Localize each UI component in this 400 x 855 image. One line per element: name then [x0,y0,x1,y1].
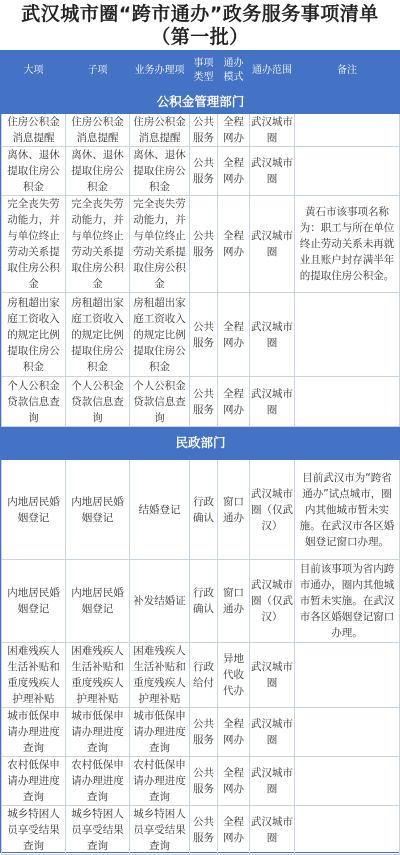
cell-item: 个人公积金贷款信息查询 [130,377,190,427]
cell-major: 农村低保申请办理进度查询 [2,757,66,806]
col-header-major: 大项 [2,52,66,90]
cell-item: 困难残疾人生活补贴和重度残疾人护理补贴 [130,643,190,708]
table-row: 内地居民婚姻登记 内地居民婚姻登记 补发结婚证 行政确认 窗口通办 武汉城市圈（… [2,560,400,643]
col-header-item: 业务办理项 [130,52,190,90]
cell-note [295,114,400,147]
cell-scope: 武汉城市圈 [250,643,295,708]
cell-type: 行政确认 [190,560,218,643]
table-header-row: 大项 子项 业务办理项 事项类型 通办模式 通办范围 备注 [2,52,400,90]
cell-sub: 离休、退休提取住房公积金 [66,147,130,196]
cell-mode: 全程网办 [218,377,250,427]
cell-type: 公共服务 [190,377,218,427]
cell-major: 房租超出家庭工资收入的规定比例提取住房公积金 [2,293,66,377]
cell-mode: 窗口通办 [218,460,250,560]
cell-note [295,708,400,757]
section-title: 民政部门 [2,427,400,460]
table-row: 城乡特困人员享受结果查询 城乡特困人员享受结果查询 城乡特困人员享受结果查询 公… [2,806,400,855]
cell-note: 目前该事项为省内跨市通办，圈内其他城市暂未实施。在武汉市各区婚姻登记窗口办理。 [295,560,400,643]
cell-scope: 武汉城市圈 [250,147,295,196]
cell-mode: 全程网办 [218,293,250,377]
col-header-type: 事项类型 [190,52,218,90]
cell-scope: 武汉城市圈 [250,708,295,757]
cell-scope: 武汉城市圈 [250,293,295,377]
cell-major: 内地居民婚姻登记 [2,560,66,643]
cell-mode: 异地代收代办 [218,643,250,708]
cell-item: 房租超出家庭工资收入的规定比例提取住房公积金 [130,293,190,377]
table-row: 内地居民婚姻登记 内地居民婚姻登记 结婚登记 行政确认 窗口通办 武汉城市圈（仅… [2,460,400,560]
cell-type: 公共服务 [190,196,218,293]
cell-mode: 全程网办 [218,806,250,855]
cell-type: 行政给付 [190,643,218,708]
col-header-mode: 通办模式 [218,52,250,90]
cell-scope: 武汉城市圈 [250,377,295,427]
cell-sub: 内地居民婚姻登记 [66,560,130,643]
cell-major: 个人公积金贷款信息查询 [2,377,66,427]
table: 大项 子项 业务办理项 事项类型 通办模式 通办范围 备注 公积金管理部门 住房… [1,51,400,854]
cell-scope: 武汉城市圈 [250,757,295,806]
cell-note [295,147,400,196]
cell-item: 住房公积金消息提醒 [130,114,190,147]
cell-scope: 武汉城市圈 [250,114,295,147]
cell-sub: 城市低保申请办理进度查询 [66,708,130,757]
col-header-note: 备注 [295,52,400,90]
title-line-2: （第一批） [0,26,400,49]
col-header-sub: 子项 [66,52,130,90]
cell-mode: 窗口通办 [218,560,250,643]
cell-item: 农村低保申请办理进度查询 [130,757,190,806]
title-line-1: 武汉城市圈“跨市通办”政务服务事项清单 [0,3,400,26]
cell-scope: 武汉城市圈（仅武汉） [250,460,295,560]
table-row: 房租超出家庭工资收入的规定比例提取住房公积金 房租超出家庭工资收入的规定比例提取… [2,293,400,377]
cell-note: 目前武汉市为“跨省通办”试点城市，圈内其他城市暂未实施。在武汉市各区婚姻登记窗口… [295,460,400,560]
service-list-table: 大项 子项 业务办理项 事项类型 通办模式 通办范围 备注 公积金管理部门 住房… [0,50,400,853]
table-row: 住房公积金消息提醒 住房公积金消息提醒 住房公积金消息提醒 公共服务 全程网办 … [2,114,400,147]
section-row-housing-fund: 公积金管理部门 [2,90,400,114]
cell-sub: 住房公积金消息提醒 [66,114,130,147]
table-row: 困难残疾人生活补贴和重度残疾人护理补贴 困难残疾人生活补贴和重度残疾人护理补贴 … [2,643,400,708]
cell-sub: 内地居民婚姻登记 [66,460,130,560]
cell-sub: 个人公积金贷款信息查询 [66,377,130,427]
cell-sub: 城乡特困人员享受结果查询 [66,806,130,855]
table-row: 离休、退休提取住房公积金 离休、退休提取住房公积金 离休、退休提取住房公积金 公… [2,147,400,196]
table-row: 城市低保申请办理进度查询 城市低保申请办理进度查询 城市低保申请办理进度查询 公… [2,708,400,757]
cell-mode: 全程网办 [218,708,250,757]
cell-type: 公共服务 [190,114,218,147]
cell-note: 黄石市该事项名称为：职工与所在单位终止劳动关系未再就业且账户封存满半年的提取住房… [295,196,400,293]
cell-scope: 武汉城市圈（仅武汉） [250,560,295,643]
cell-major: 城市低保申请办理进度查询 [2,708,66,757]
cell-note [295,293,400,377]
cell-item: 离休、退休提取住房公积金 [130,147,190,196]
cell-type: 行政确认 [190,460,218,560]
cell-major: 城乡特困人员享受结果查询 [2,806,66,855]
cell-major: 内地居民婚姻登记 [2,460,66,560]
cell-item: 城市低保申请办理进度查询 [130,708,190,757]
page-title: 武汉城市圈“跨市通办”政务服务事项清单 （第一批） [0,0,400,49]
cell-major: 离休、退休提取住房公积金 [2,147,66,196]
cell-scope: 武汉城市圈 [250,806,295,855]
cell-note [295,757,400,806]
cell-item: 城乡特困人员享受结果查询 [130,806,190,855]
table-row: 个人公积金贷款信息查询 个人公积金贷款信息查询 个人公积金贷款信息查询 公共服务… [2,377,400,427]
cell-type: 公共服务 [190,708,218,757]
cell-item: 结婚登记 [130,460,190,560]
cell-note [295,806,400,855]
table-row: 农村低保申请办理进度查询 农村低保申请办理进度查询 农村低保申请办理进度查询 公… [2,757,400,806]
cell-mode: 全程网办 [218,147,250,196]
cell-note [295,377,400,427]
cell-scope: 武汉城市圈 [250,196,295,293]
cell-type: 公共服务 [190,806,218,855]
cell-major: 困难残疾人生活补贴和重度残疾人护理补贴 [2,643,66,708]
cell-mode: 全程网办 [218,114,250,147]
section-title: 公积金管理部门 [2,90,400,114]
cell-note [295,643,400,708]
cell-major: 完全丧失劳动能力，并与单位终止劳动关系提取住房公积金 [2,196,66,293]
cell-item: 完全丧失劳动能力，并与单位终止劳动关系提取住房公积金 [130,196,190,293]
cell-type: 公共服务 [190,147,218,196]
cell-sub: 完全丧失劳动能力，并与单位终止劳动关系提取住房公积金 [66,196,130,293]
cell-type: 公共服务 [190,757,218,806]
table-row: 完全丧失劳动能力，并与单位终止劳动关系提取住房公积金 完全丧失劳动能力，并与单位… [2,196,400,293]
section-row-civil-affairs: 民政部门 [2,427,400,460]
cell-sub: 农村低保申请办理进度查询 [66,757,130,806]
cell-mode: 全程网办 [218,196,250,293]
cell-item: 补发结婚证 [130,560,190,643]
cell-sub: 困难残疾人生活补贴和重度残疾人护理补贴 [66,643,130,708]
cell-major: 住房公积金消息提醒 [2,114,66,147]
cell-mode: 全程网办 [218,757,250,806]
cell-type: 公共服务 [190,293,218,377]
cell-sub: 房租超出家庭工资收入的规定比例提取住房公积金 [66,293,130,377]
col-header-scope: 通办范围 [250,52,295,90]
